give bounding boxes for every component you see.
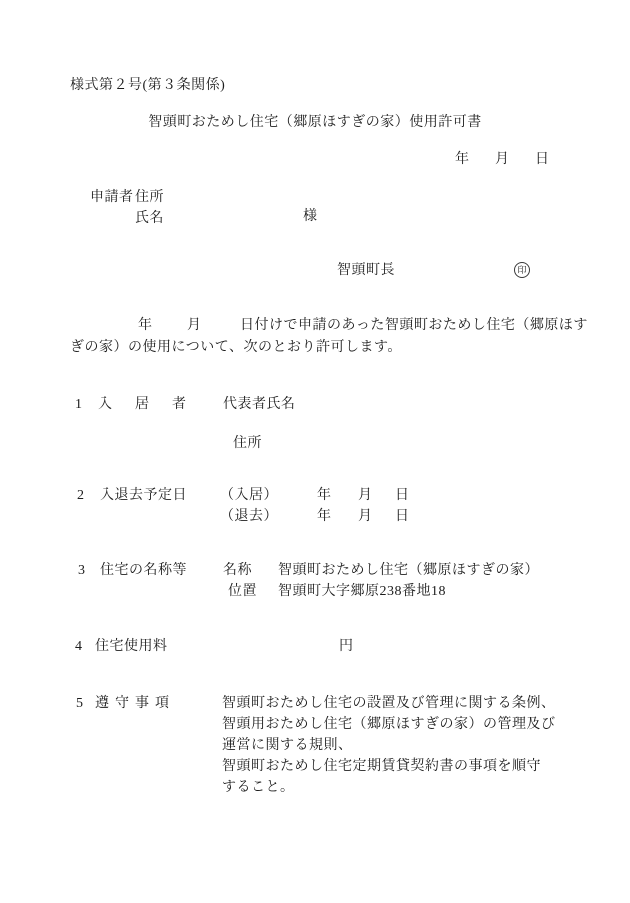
form-number: 様式第２号(第３条関係) [70, 78, 225, 94]
item2-move-out-month-label: 月 [358, 509, 373, 525]
item4-number: 4 [75, 639, 83, 655]
body-text-line-2: ぎの家）の使用について、次のとおり許可します。 [70, 340, 402, 356]
applicant-address-label: 住所 [135, 190, 164, 206]
issue-date-year-label: 年 [455, 152, 470, 168]
item5-text-line-4: 智頭町おためし住宅定期賃貸契約書の事項を順守 [222, 759, 541, 775]
applicant-name-label: 氏名 [135, 211, 164, 227]
issue-date-day-label: 日 [535, 152, 550, 168]
item2-label: 入退去予定日 [100, 488, 187, 504]
item5-number: 5 [76, 696, 84, 712]
item4-label: 住宅使用料 [95, 639, 168, 655]
item3-name-value: 智頭町おためし住宅（郷原ほすぎの家） [278, 563, 539, 579]
item2-move-in-month-label: 月 [358, 488, 373, 504]
item1-label: 入居者 [98, 397, 209, 413]
item5-text-line-1: 智頭町おためし住宅の設置及び管理に関する条例、 [222, 696, 556, 712]
document-title: 智頭町おためし住宅（郷原ほすぎの家）使用許可書 [0, 115, 630, 131]
item3-label: 住宅の名称等 [100, 563, 187, 579]
applicant-honorific: 様 [303, 209, 318, 225]
item2-move-in-year-label: 年 [317, 488, 332, 504]
applicant-label: 申請者 [90, 190, 134, 206]
item3-location-value: 智頭町大字郷原238番地18 [278, 584, 446, 600]
item5-text-line-3: 運営に関する規則、 [222, 738, 353, 754]
body-text-line-1: 日付けで申請のあった智頭町おためし住宅（郷原ほす [240, 318, 588, 334]
item1-number: 1 [75, 397, 83, 413]
body-date-year-label: 年 [138, 318, 153, 334]
item2-move-out-year-label: 年 [317, 509, 332, 525]
body-date-month-label: 月 [187, 318, 202, 334]
item2-move-in-label: （入居） [220, 488, 278, 504]
item5-text-line-5: すること。 [222, 780, 295, 796]
item5-text-line-2: 智頭用おためし住宅（郷原ほすぎの家）の管理及び [222, 717, 556, 733]
item2-move-in-day-label: 日 [395, 488, 410, 504]
item2-move-out-label: （退去） [220, 509, 278, 525]
permit-document-page: 様式第２号(第３条関係) 智頭町おためし住宅（郷原ほすぎの家）使用許可書 年 月… [0, 0, 630, 903]
item1-representative-name-label: 代表者氏名 [223, 397, 296, 413]
item3-location-label: 位置 [228, 584, 257, 600]
mayor-title: 智頭町長 [337, 263, 395, 279]
item5-label: 遵守事項 [95, 696, 175, 712]
issue-date-month-label: 月 [495, 152, 510, 168]
item4-yen-unit-label: 円 [339, 639, 354, 655]
item2-move-out-day-label: 日 [395, 509, 410, 525]
item3-name-label: 名称 [223, 563, 252, 579]
item1-address-label: 住所 [233, 436, 262, 452]
item2-number: 2 [77, 488, 85, 504]
item3-number: 3 [78, 563, 86, 579]
seal-icon: 印 [514, 262, 530, 278]
